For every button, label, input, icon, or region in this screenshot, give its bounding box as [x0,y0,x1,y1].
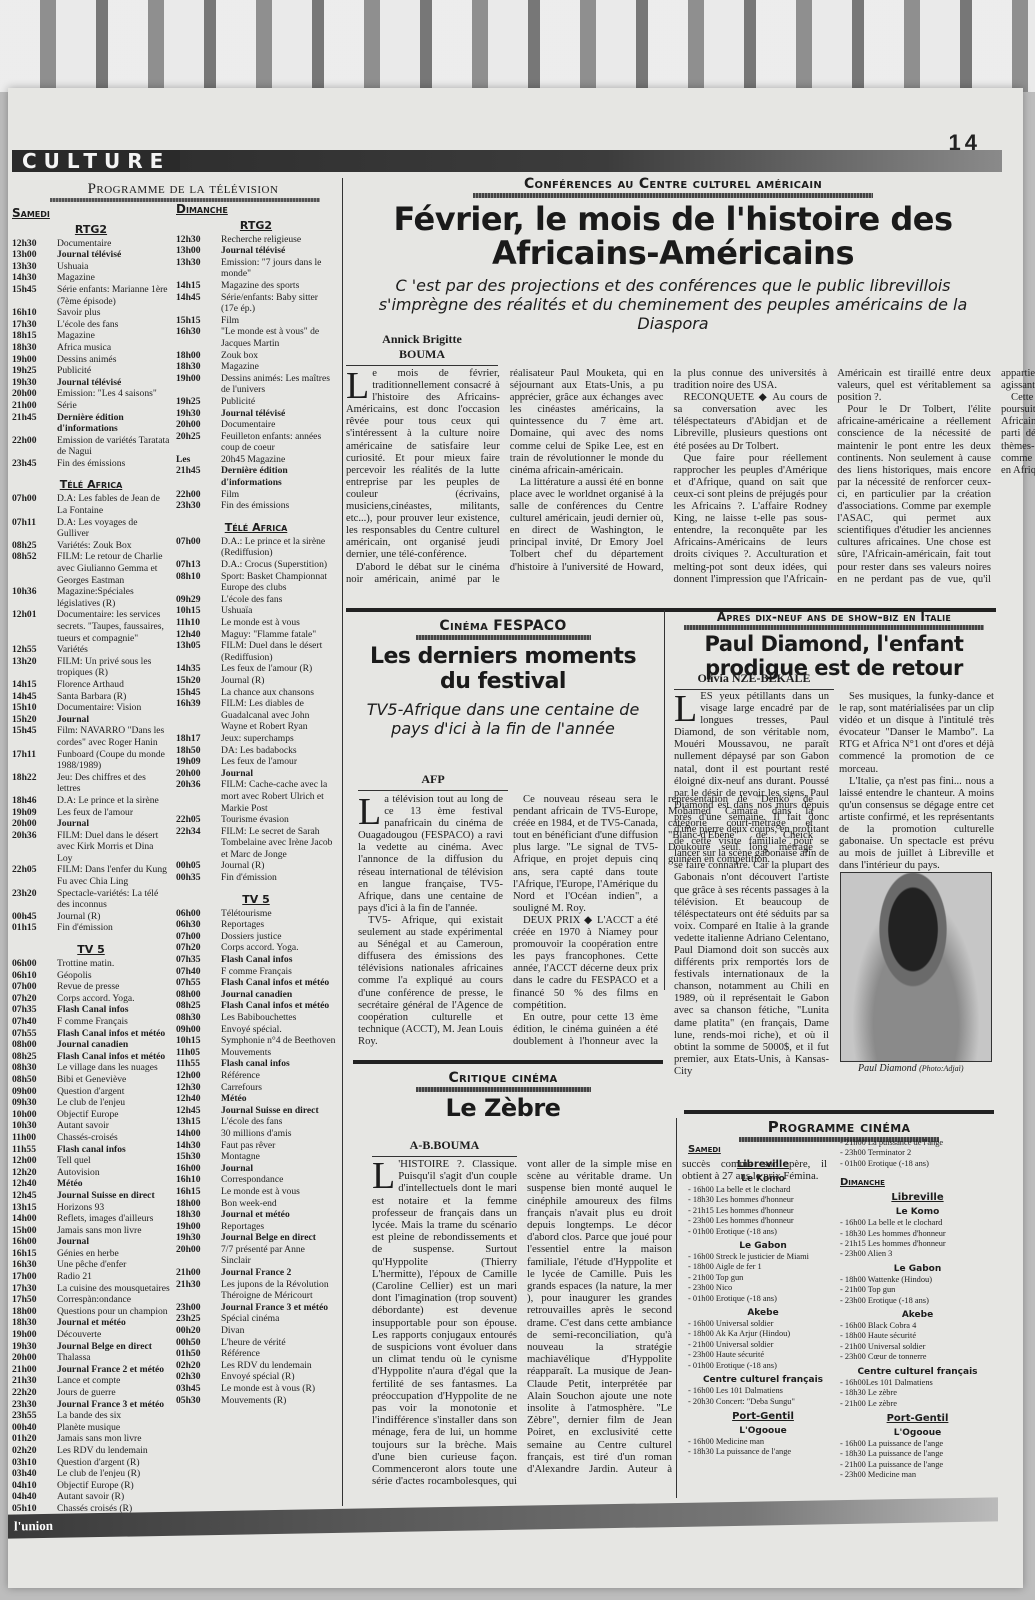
cinema-venue: Centre culturel français [840,1367,995,1377]
schedule-program: Journal France 3 et météo [57,1399,170,1411]
article-fespaco-head: Cinéma FESPACO Les derniers moments du f… [353,618,653,738]
schedule-time: 19h30 [12,377,57,389]
schedule-time: 15h30 [176,1151,221,1163]
schedule-row: 17h30L'école des fans [12,319,170,331]
schedule-row: 18h30Journal et météo [12,1317,170,1329]
schedule-program: Journal Belge en direct [57,1341,170,1353]
schedule-program: Chassés-croisés [57,1132,170,1144]
schedule-time: 15h20 [176,675,221,687]
schedule-time: 16h15 [176,1186,221,1198]
schedule-program: 30 millions d'amis [221,1128,336,1140]
schedule-row: 08h10Sport: Basket Championnat Europe de… [176,571,336,594]
schedule-row: 18h22Jeu: Des chiffres et des lettres [12,772,170,795]
cinema-showing: - 23h00 Terminator 2 [840,1148,995,1158]
schedule-row: 01h20Jamais sans mon livre [12,1433,170,1445]
schedule-time: 18h17 [176,733,221,745]
schedule-time: 12h45 [12,1190,57,1202]
schedule-time: 09h29 [176,594,221,606]
schedule-row: 11h00Chassés-croisés [12,1132,170,1144]
schedule-program: Reportages [221,1221,336,1233]
schedule-program: Magazine [221,361,336,373]
schedule-time: 07h11 [12,517,57,540]
schedule-row: 08h00Journal canadien [176,989,336,1001]
schedule-time: 14h15 [176,280,221,292]
schedule-program: Dernière édition d'informations [221,465,336,488]
schedule-row: 13h05FILM: Duel dans le désert (Rediffus… [176,640,336,663]
schedule-time: 15h00 [12,1225,57,1237]
schedule-program: Publicité [57,365,170,377]
schedule-time: 20h00 [12,1352,57,1364]
drop-cap: L [372,1160,395,1192]
schedule-time: 18h00 [176,1198,221,1210]
schedule-time: 00h45 [12,911,57,923]
schedule-row: 01h50Référence [176,1348,336,1360]
schedule-time: 12h40 [176,1093,221,1105]
schedule-program: Envoyé spécial. [221,1024,336,1036]
kicker-rule [473,193,873,198]
schedule-row: 00h05Journal (R) [176,860,336,872]
schedule-program: L'école des fans [221,594,336,606]
cinema-dimanche: - 21h00 La puissance de l'ange- 23h00 Te… [840,1138,995,1481]
schedule-row: 22h00Film [176,489,336,501]
schedule-time: 12h20 [12,1167,57,1179]
schedule-program: Recherche religieuse [221,234,336,246]
schedule-time: 08h50 [12,1074,57,1086]
schedule-program: Envoyé spécial (R) [221,1371,336,1383]
schedule-time: 08h30 [12,1062,57,1074]
schedule-time: 07h35 [176,954,221,966]
newspaper-name: l'union [8,1518,53,1534]
schedule-row: 18h00Questions pour un champion [12,1306,170,1318]
article-africains-body: Le mois de février, traditionnellement c… [346,368,991,594]
schedule-time: 14h30 [176,1140,221,1152]
schedule-program: Jeux: superchamps [221,733,336,745]
schedule-program: Emission: "7 jours dans le monde" [221,257,336,280]
schedule-row: 21h00Journal France 2 et météo [12,1364,170,1376]
cinema-samedi: SamediLibrevilleLe Komo- 16h00 La belle … [688,1144,838,1458]
schedule-row: 16h30"Le monde est à vous" de Jacques Ma… [176,326,336,349]
schedule-row: 13h15Horizons 93 [12,1202,170,1214]
schedule-time: 07h55 [12,1028,57,1040]
schedule-program: D.A.: Le prince et la sirène (Rediffusio… [221,536,336,559]
cinema-showing: - 18h30 La puissance de l'ange [688,1447,838,1457]
schedule-row: 18h30Africa musica [12,342,170,354]
schedule-row: 02h20Les RDV du lendemain [176,1360,336,1372]
cinema-showing: - 18h30 Les hommes d'honneur [840,1229,995,1239]
schedule-program: Magazine [57,330,170,342]
schedule-time: 10h15 [176,605,221,617]
schedule-time: 22h05 [176,814,221,826]
schedule-program: Documentaire: Vision [57,702,170,714]
schedule-program: Série enfants: Marianne 1ère (7ème épiso… [57,284,170,307]
schedule-time: 14h45 [176,292,221,315]
schedule-row: 15h45La chance aux chansons [176,687,336,699]
schedule-program: F comme Français [57,1016,170,1028]
schedule-row: 08h30Le village dans les nuages [12,1062,170,1074]
schedule-program: D.A: Les voyages de Gulliver [57,517,170,540]
caption-name: Paul Diamond [858,1063,917,1074]
schedule-time: 21h00 [12,400,57,412]
schedule-row: Les20h45 Magazine [176,454,336,466]
schedule-program: D.A: Les fables de Jean de La Fontaine [57,493,170,516]
schedule-program: Magazine:Spéciales législatives (R) [57,586,170,609]
schedule-time: 01h20 [12,1433,57,1445]
schedule-time: 07h00 [176,536,221,559]
schedule-time: 18h30 [176,1209,221,1221]
schedule-program: Le monde est à vous [221,1186,336,1198]
cinema-day-label: Dimanche [840,1177,995,1188]
schedule-program: Journal [57,1236,170,1248]
schedule-time: 08h30 [176,1012,221,1024]
column-divider [676,1118,677,1498]
schedule-row: 23h45Fin des émissions [12,458,170,470]
schedule-time: 13h05 [176,640,221,663]
schedule-program: Florence Arthaud [57,679,170,691]
schedule-time: 17h11 [12,749,57,772]
schedule-time: 12h40 [176,629,221,641]
schedule-time: 10h15 [176,1035,221,1047]
schedule-row: 11h55Flash canal infos [12,1144,170,1156]
schedule-row: 12h30Documentaire [12,238,170,250]
drop-cap: L [346,370,369,402]
cinema-showing: - 18h30 Les hommes d'honneur [688,1195,838,1205]
schedule-row: 07h55Flash Canal infos et météo [176,977,336,989]
schedule-row: 09h29L'école des fans [176,594,336,606]
article-headline: Février, le mois de l'histoire des Afric… [353,202,993,270]
schedule-row: 07h00D.A.: Le prince et la sirène (Redif… [176,536,336,559]
article-kicker: Conférences au Centre culturel américain [353,176,993,192]
article-paragraph: TV5- Afrique, qui existait seulement au … [358,915,503,1048]
schedule-time: 12h30 [176,234,221,246]
schedule-time: 15h45 [12,284,57,307]
schedule-row: 22h00Emission de variétés Taratata de Na… [12,435,170,458]
schedule-program: Les Babibouchettes [221,1012,336,1024]
cinema-venue: Centre culturel français [688,1375,838,1385]
schedule-time: 20h00 [176,1244,221,1267]
schedule-time: 11h05 [176,1047,221,1059]
schedule-program: Flash Canal infos et météo [57,1028,170,1040]
tv-day-label: Samedi [12,206,170,220]
schedule-time: 22h05 [12,864,57,887]
schedule-time: 07h00 [12,493,57,516]
schedule-time: 10h36 [12,586,57,609]
schedule-time: 19h25 [176,396,221,408]
schedule-time: 02h30 [176,1371,221,1383]
schedule-row: 19h25Publicité [176,396,336,408]
cinema-showing: - 18h00 Aigle de fer 1 [688,1262,838,1272]
schedule-program: D.A.: Crocus (Superstition) [221,559,336,571]
schedule-time: 16h30 [12,1259,57,1271]
cinema-showing: - 16h00 Les 101 Dalmatiens [688,1386,838,1396]
schedule-time: 14h35 [176,663,221,675]
schedule-time: 12h01 [12,609,57,644]
schedule-row: 12h45Journal Suisse en direct [12,1190,170,1202]
schedule-row: 18h50DA: Les badabocks [176,745,336,757]
schedule-row: 13h00Journal télévisé [176,245,336,257]
photo-caption: Paul Diamond (Photo:Adjaï) [858,1063,964,1074]
schedule-row: 10h15Ushuaïa [176,605,336,617]
schedule-program: Journal télévisé [57,249,170,261]
schedule-row: 15h20Journal [12,714,170,726]
cinema-showing: - 21h00 La puissance de l'ange [840,1138,995,1148]
cinema-showing: - 01h00 Erotique (-18 ans) [688,1294,838,1304]
schedule-program: Les feux de l'amour [221,756,336,768]
schedule-program: FILM: Duel dans le désert (Rediffusion) [221,640,336,663]
tv-programme-title: Programme de la télévision [28,184,338,196]
schedule-program: Journal et météo [57,1317,170,1329]
schedule-program: Flash Canal infos [221,954,336,966]
schedule-row: 15h10Documentaire: Vision [12,702,170,714]
schedule-program: Reflets, images d'ailleurs [57,1213,170,1225]
schedule-row: 21h45Dernière édition d'informations [12,412,170,435]
schedule-program: Flash canal infos [57,1144,170,1156]
schedule-program: Télétourisme [221,908,336,920]
cinema-venue: L'Ogooue [688,1426,838,1436]
schedule-row: 19h00Découverte [12,1329,170,1341]
schedule-row: 20h00Emission: "Les 4 saisons" [12,388,170,400]
caption-credit: (Photo:Adjaï) [919,1064,963,1073]
schedule-program: FILM: Les diables de Guadalcanal avec Jo… [221,698,336,733]
schedule-row: 20h25Feuilleton enfants: années coup de … [176,431,336,454]
schedule-row: 22h34FILM: Le secret de Sarah Tombelaine… [176,826,336,861]
schedule-program: Flash Canal infos et météo [221,1000,336,1012]
schedule-row: 12h00Tell quel [12,1155,170,1167]
schedule-program: Horizons 93 [57,1202,170,1214]
cinema-showing: - 16h00 Medicine man [688,1437,838,1447]
schedule-time: 19h00 [176,1221,221,1233]
schedule-row: 09h00Envoyé spécial. [176,1024,336,1036]
schedule-time: 18h22 [12,772,57,795]
schedule-program: Génies en herbe [57,1248,170,1260]
schedule-time: 11h00 [12,1132,57,1144]
schedule-program: Journal France 3 et météo [221,1302,336,1314]
schedule-time: 19h30 [12,1341,57,1353]
schedule-program: Fin des émissions [221,500,336,512]
schedule-time: 08h25 [12,540,57,552]
schedule-time: 17h50 [12,1294,57,1306]
cinema-showing: - 21h00 Universal soldier [688,1340,838,1350]
section-banner: CULTURE [12,150,1002,172]
schedule-program: Divan [221,1325,336,1337]
cinema-showing: - 21h00 Le zèbre [840,1399,995,1409]
schedule-row: 18h30Magazine [176,361,336,373]
schedule-row: 23h00Journal France 3 et météo [176,1302,336,1314]
schedule-time: 04h10 [12,1480,57,1492]
schedule-time: 12h00 [12,1155,57,1167]
schedule-time: 21h45 [176,465,221,488]
schedule-program: Le club de l'enjeu [57,1097,170,1109]
schedule-time: 00h20 [176,1325,221,1337]
article-fespaco-body: La télévision tout au long de ce 13 ème … [358,794,658,1054]
schedule-program: Question d'argent (R) [57,1457,170,1469]
schedule-row: 07h55Flash Canal infos et météo [12,1028,170,1040]
schedule-time: 14h45 [12,691,57,703]
schedule-program: Thalassa [57,1352,170,1364]
schedule-time: 20h00 [12,818,57,830]
article-paragraph: DEUX PRIX ◆ L'ACCT a été créée en 1970 à… [513,915,658,1012]
schedule-program: Journal France 2 et météo [57,1364,170,1376]
schedule-program: Journal Belge en direct [221,1232,336,1244]
schedule-program: Le monde est à vous (R) [221,1383,336,1395]
schedule-program: Magazine [57,272,170,284]
schedule-time: 13h00 [12,249,57,261]
cinema-city: Libreville [840,1192,995,1203]
schedule-time: 09h00 [12,1086,57,1098]
cinema-venue: Akebe [840,1310,995,1320]
schedule-program: L'heure de vérité [221,1337,336,1349]
schedule-program: Objectif Europe [57,1109,170,1121]
cinema-showing: - 21h00 Top gun [688,1273,838,1283]
schedule-program: Journal canadien [57,1039,170,1051]
schedule-program: Journal (R) [221,860,336,872]
schedule-row: 03h40Le club de l'enjeu (R) [12,1468,170,1480]
article-deck: C 'est par des projections et des confér… [353,276,993,333]
schedule-time: 07h00 [12,981,57,993]
schedule-program: Le village dans les nuages [57,1062,170,1074]
schedule-program: Variétés [57,644,170,656]
schedule-program: Corps accord. Yoga. [57,993,170,1005]
schedule-time: 06h30 [176,919,221,931]
schedule-row: 09h00Question d'argent [12,1086,170,1098]
schedule-row: 08h30Les Babibouchettes [176,1012,336,1024]
schedule-program: Série [57,400,170,412]
schedule-program: Tourisme évasion [221,814,336,826]
schedule-row: 11h55Flash canal infos [176,1058,336,1070]
schedule-row: 00h20Divan [176,1325,336,1337]
schedule-program: D.A: Le prince et la sirène [57,795,170,807]
schedule-program: Fin d'émission [57,922,170,934]
cinema-showing: - 18h00 Wattenke (Hindou) [840,1275,995,1285]
section-divider [353,1060,663,1064]
paragraph-text: TV5- Afrique, qui existait seulement au … [358,915,503,1047]
schedule-row: 07h00Dossiers justice [176,931,336,943]
schedule-row: 06h10Géopolis [12,970,170,982]
schedule-time: 07h35 [12,1004,57,1016]
schedule-row: 19h30Journal télévisé [176,408,336,420]
schedule-time: 13h15 [176,1116,221,1128]
cinema-showing: - 21h00 La puissance de l'ange [840,1460,995,1470]
schedule-time: 06h10 [12,970,57,982]
schedule-time: 16h30 [176,326,221,349]
paragraph-text: Cette prise de conscience, poursuit l'or… [1001,392,1035,476]
schedule-program: Symphonie n°4 de Beethoven [221,1035,336,1047]
schedule-time: 09h00 [176,1024,221,1036]
schedule-time: 14h00 [12,1213,57,1225]
article-kicker: Cinéma FESPACO [353,618,653,634]
cinema-showing: - 21h00 Universal soldier [840,1342,995,1352]
schedule-row: 14h15Florence Arthaud [12,679,170,691]
schedule-program: Les RDV du lendemain [221,1360,336,1372]
schedule-time: 23h55 [12,1410,57,1422]
schedule-program: Planète musique [57,1422,170,1434]
schedule-time: 18h46 [12,795,57,807]
article-paragraph: Cette prise de conscience, poursuit l'or… [1001,392,1035,477]
paragraph-text: RECONQUETE ◆ Au cours de sa conversation… [674,392,828,451]
channel-name: TV 5 [12,943,170,956]
schedule-row: 23h55La bande des six [12,1410,170,1422]
schedule-program: Journal (R) [221,675,336,687]
schedule-program: Maguy: "Flamme fatale" [221,629,336,641]
schedule-time: 23h20 [12,888,57,911]
schedule-row: 06h30Reportages [176,919,336,931]
schedule-row: 14h30Magazine [12,272,170,284]
schedule-time: 21h30 [12,1375,57,1387]
schedule-row: 20h36FILM: Cache-cache avec la mort avec… [176,779,336,814]
cinema-venue: Le Komo [840,1207,995,1217]
schedule-program: Santa Barbara (R) [57,691,170,703]
schedule-row: 14h30Faut pas rêver [176,1140,336,1152]
schedule-program: La bande des six [57,1410,170,1422]
schedule-time: 17h30 [12,319,57,331]
schedule-row: 10h15Symphonie n°4 de Beethoven [176,1035,336,1047]
kicker-rule [416,1087,591,1092]
schedule-row: 14h45Santa Barbara (R) [12,691,170,703]
schedule-row: 13h15L'école des fans [176,1116,336,1128]
section-title: CULTURE [12,150,180,172]
cinema-showing: - 18h00 Ak Ka Arjur (Hindou) [688,1329,838,1339]
paragraph-text: ES yeux pétillants dans un visage large … [674,691,829,1077]
schedule-row: 08h00Journal canadien [12,1039,170,1051]
cinema-venue: Akebe [688,1308,838,1318]
schedule-row: 14h00Reflets, images d'ailleurs [12,1213,170,1225]
schedule-time: 14h15 [12,679,57,691]
column-divider [342,178,343,1506]
schedule-row: 07h35Flash Canal infos [176,954,336,966]
schedule-program: Mouvements (R) [221,1395,336,1407]
schedule-time: 16h39 [176,698,221,733]
schedule-row: 14h15Magazine des sports [176,280,336,292]
schedule-time: 07h40 [12,1016,57,1028]
schedule-program: FILM: Cache-cache avec la mort avec Robe… [221,779,336,814]
schedule-time: 21h00 [176,1267,221,1279]
schedule-row: 14h0030 millions d'amis [176,1128,336,1140]
cinema-venue: Le Gabon [688,1241,838,1251]
schedule-program: Le club de l'enjeu (R) [57,1468,170,1480]
cinema-showing: - 23h00 Les hommes d'honneur [688,1216,838,1226]
schedule-program: Flash canal infos [221,1058,336,1070]
cinema-showing: - 16h00 La belle et le clochard [840,1218,995,1228]
schedule-row: 18h00Zouk box [176,350,336,362]
channel-name: Télé Africa [12,478,170,491]
schedule-row: 19h30Journal Belge en direct [176,1232,336,1244]
schedule-row: 23h25Spécial cinéma [176,1313,336,1325]
schedule-program: Film [221,489,336,501]
tv-day-label: Dimanche [176,202,336,216]
cinema-showing: - 21h15 Les hommes d'honneur [688,1206,838,1216]
schedule-time: 03h10 [12,1457,57,1469]
schedule-row: 09h30Le club de l'enjeu [12,1097,170,1109]
schedule-row: 12h40Maguy: "Flamme fatale" [176,629,336,641]
cinema-showing: - 18h00 Haute sécurité [840,1331,995,1341]
cinema-city: Port-Gentil [688,1411,838,1422]
schedule-row: 20h00Documentaire [176,419,336,431]
cinema-showing: - 23h00 Erotique (-18 ans) [840,1296,995,1306]
article-kicker: Apres dix-neuf ans de show-biz en Italie [674,610,994,624]
schedule-time: 22h34 [176,826,221,861]
schedule-time: 13h30 [176,257,221,280]
schedule-time: 07h40 [176,966,221,978]
article-deck: TV5-Afrique dans une centaine de pays d'… [353,700,653,738]
schedule-time: 08h25 [176,1000,221,1012]
schedule-program: "Le monde est à vous" de Jacques Martin [221,326,336,349]
schedule-time: 02h20 [12,1445,57,1457]
schedule-program: Documentaire: les services secrets. "Tau… [57,609,170,644]
schedule-program: Jamais sans mon livre [57,1433,170,1445]
schedule-time: 20h36 [12,830,57,865]
schedule-program: Bon week-end [221,1198,336,1210]
paragraph-text: Ce nouveau réseau sera le pendant africa… [513,794,658,914]
schedule-program: Emission de variétés Taratata de Nagui [57,435,170,458]
